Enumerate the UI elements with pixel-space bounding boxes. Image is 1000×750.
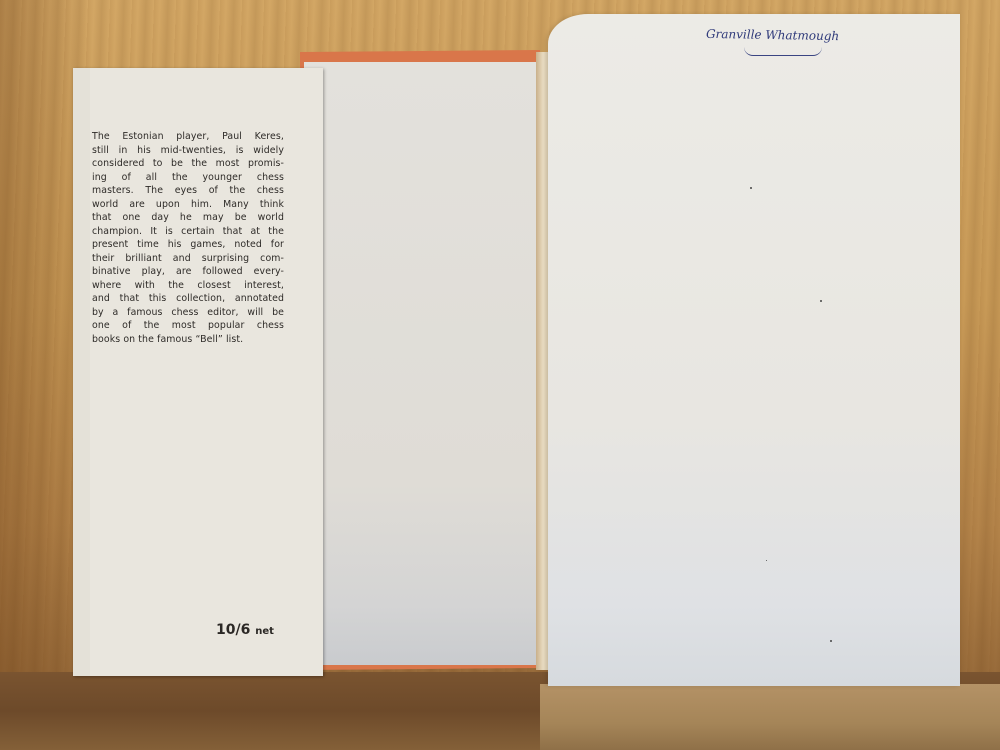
price-amount: 10/6: [216, 622, 250, 638]
price-suffix: net: [255, 626, 274, 637]
flap-blurb: The Estonian player, Paul Keres, still i…: [92, 130, 284, 346]
signature-flourish: [744, 47, 822, 56]
blurb-line: champion. It is certain that at the: [92, 225, 284, 239]
blurb-line: The Estonian player, Paul Keres,: [92, 130, 284, 144]
blurb-line: their brilliant and surprising com-: [92, 252, 284, 266]
blurb-line: present time his games, noted for: [92, 238, 284, 252]
front-endpaper: [304, 62, 536, 665]
wooden-table-lower-right: [540, 684, 1000, 750]
blurb-line: and that this collection, annotated: [92, 292, 284, 306]
paper-speck: [830, 640, 832, 642]
blurb-line: still in his mid-twenties, is widely: [92, 144, 284, 158]
paper-speck: [766, 560, 767, 561]
paper-speck: [750, 187, 752, 189]
blurb-line: world are upon him. Many think: [92, 198, 284, 212]
price-label: 10/6 net: [216, 622, 274, 638]
blurb-line: that one day he may be world: [92, 211, 284, 225]
blurb-line: binative play, are followed every-: [92, 265, 284, 279]
blurb-line: one of the most popular chess: [92, 319, 284, 333]
blurb-line: considered to be the most promis-: [92, 157, 284, 171]
blurb-line: ing of all the younger chess: [92, 171, 284, 185]
paper-speck: [820, 300, 822, 302]
flyleaf-page: [548, 14, 960, 686]
blurb-line: where with the closest interest,: [92, 279, 284, 293]
blurb-line: masters. The eyes of the chess: [92, 184, 284, 198]
owner-signature: Granville Whatmough: [706, 27, 839, 43]
blurb-line: by a famous chess editor, will be: [92, 306, 284, 320]
blurb-line: books on the famous “Bell” list.: [92, 333, 284, 347]
